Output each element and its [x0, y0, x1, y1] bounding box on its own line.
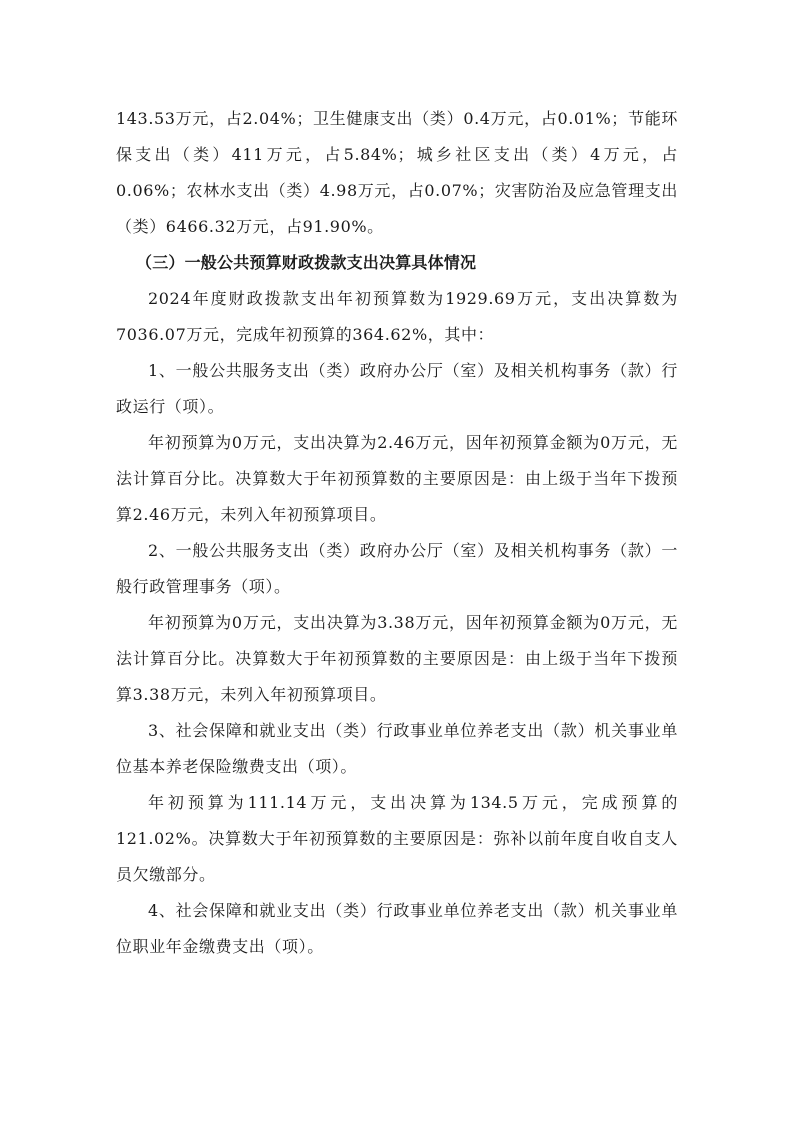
item-1-title: 1、一般公共服务支出（类）政府办公厅（室）及相关机构事务（款）行政运行（项）。	[116, 353, 678, 425]
section-heading: （三）一般公共预算财政拨款支出决算具体情况	[116, 245, 678, 281]
summary-paragraph: 2024年度财政拨款支出年初预算数为1929.69万元，支出决算数为7036.0…	[116, 281, 678, 353]
item-3-detail: 年初预算为111.14万元，支出决算为134.5万元，完成预算的121.02%。…	[116, 785, 678, 893]
document-page: 143.53万元，占2.04%；卫生健康支出（类）0.4万元，占0.01%；节能…	[116, 101, 678, 965]
item-3-title: 3、社会保障和就业支出（类）行政事业单位养老支出（款）机关事业单位基本养老保险缴…	[116, 713, 678, 785]
expenditure-breakdown-paragraph: 143.53万元，占2.04%；卫生健康支出（类）0.4万元，占0.01%；节能…	[116, 101, 678, 245]
item-2-title: 2、一般公共服务支出（类）政府办公厅（室）及相关机构事务（款）一般行政管理事务（…	[116, 533, 678, 605]
item-2-detail: 年初预算为0万元，支出决算为3.38万元，因年初预算金额为0万元，无法计算百分比…	[116, 605, 678, 713]
item-4-title: 4、社会保障和就业支出（类）行政事业单位养老支出（款）机关事业单位职业年金缴费支…	[116, 893, 678, 965]
item-1-detail: 年初预算为0万元，支出决算为2.46万元，因年初预算金额为0万元，无法计算百分比…	[116, 425, 678, 533]
